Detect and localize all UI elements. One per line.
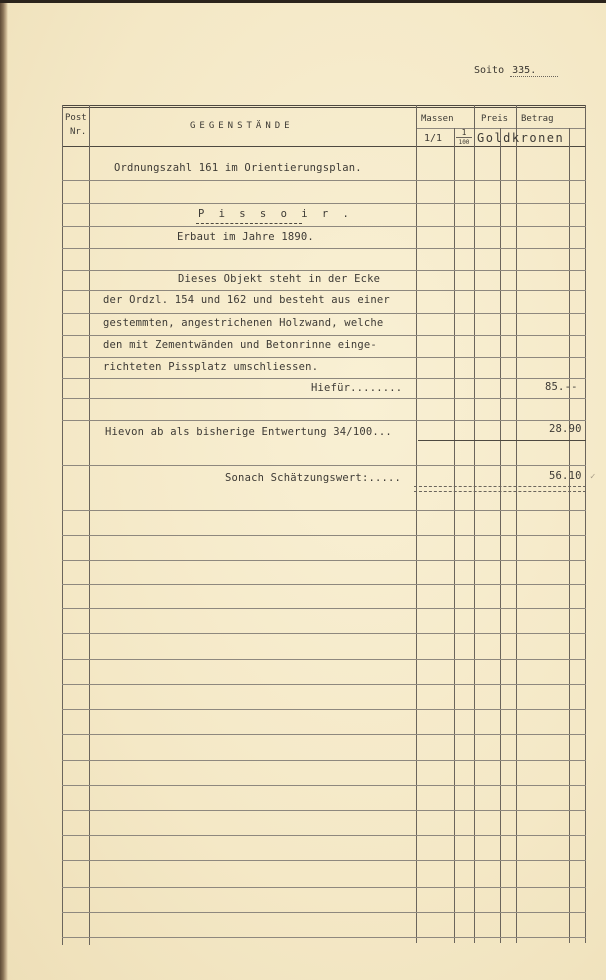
row-line — [62, 226, 586, 227]
row-line — [62, 203, 586, 204]
row-line — [62, 835, 586, 836]
row-line — [62, 270, 586, 271]
built-year-line: Erbaut im Jahre 1890. — [177, 231, 314, 243]
row-line — [62, 659, 586, 660]
page-top-edge — [0, 0, 606, 3]
row-line — [62, 785, 586, 786]
row-line — [62, 608, 586, 609]
col-line-price — [516, 105, 517, 943]
table-top-border — [62, 105, 586, 106]
amount-hievon: 28.90 — [549, 423, 582, 435]
header-masses-fraction: 1 100 — [456, 129, 472, 146]
col-line-items — [416, 105, 417, 943]
row-line — [62, 335, 586, 336]
amount-hiefur: 85.-- — [545, 381, 578, 393]
row-line — [62, 180, 586, 181]
row-line — [62, 248, 586, 249]
col-line-left — [62, 105, 63, 945]
col-line-post — [89, 105, 90, 945]
description-line-4: den mit Zementwänden und Betonrinne eing… — [103, 339, 377, 351]
row-line — [62, 709, 586, 710]
description-line-3: gestemmten, angestrichenen Holzwand, wel… — [103, 317, 383, 329]
row-line — [62, 378, 586, 379]
row-line — [62, 535, 586, 536]
col-line-mass-frac — [474, 105, 475, 943]
header-masses: Massen — [421, 114, 454, 124]
description-line-1: Dieses Objekt steht in der Ecke — [178, 273, 380, 285]
page-label: Soito — [474, 65, 504, 76]
sonach-label: Sonach Schätzungswert:..... — [225, 472, 401, 484]
header-masses-whole: 1/1 — [424, 133, 442, 144]
row-line — [62, 633, 586, 634]
header-items: GEGENSTÄNDE — [190, 121, 294, 131]
row-line — [62, 290, 586, 291]
description-line-2: der Ordzl. 154 und 162 und besteht aus e… — [103, 294, 390, 306]
check-mark-icon: ✓ — [590, 472, 595, 482]
book-binding — [0, 0, 8, 980]
header-bottom-border — [62, 146, 586, 147]
header-currency: Goldkronen — [477, 131, 564, 145]
row-line — [62, 860, 586, 861]
row-line — [62, 510, 586, 511]
ledger-page: Soito 335. Post Nr. GEGENSTÄN — [0, 0, 606, 980]
page-number: Soito 335. — [474, 65, 558, 76]
row-line — [62, 734, 586, 735]
col-line-right — [585, 105, 586, 943]
hiefur-label: Hiefür........ — [311, 382, 402, 394]
row-line — [62, 357, 586, 358]
subtraction-rule — [418, 440, 586, 441]
subheader-divider — [416, 128, 586, 129]
row-line — [62, 684, 586, 685]
header-post: Post — [65, 113, 87, 123]
amount-total: 56.10 — [549, 470, 582, 482]
table-top-border-2 — [62, 107, 586, 108]
row-line — [62, 887, 586, 888]
total-double-underline — [414, 486, 586, 492]
ordnungszahl-line: Ordnungszahl 161 im Orientierungsplan. — [114, 162, 362, 174]
row-line — [62, 937, 586, 938]
fraction-numerator: 1 — [456, 129, 472, 136]
row-line — [62, 465, 586, 466]
object-title: P i s s o i r . — [198, 208, 353, 220]
fraction-denominator: 100 — [456, 137, 472, 146]
description-line-5: richteten Pissplatz umschliessen. — [103, 361, 318, 373]
row-line — [62, 810, 586, 811]
title-underline — [196, 223, 302, 224]
row-line — [62, 560, 586, 561]
row-line — [62, 912, 586, 913]
row-line — [62, 584, 586, 585]
row-line — [62, 398, 586, 399]
row-line — [62, 760, 586, 761]
header-amount: Betrag — [521, 114, 554, 124]
page-number-value: 335. — [510, 65, 558, 77]
hievon-label: Hievon ab als bisherige Entwertung 34/10… — [105, 426, 392, 438]
row-line — [62, 313, 586, 314]
row-line — [62, 420, 586, 421]
header-nr: Nr. — [70, 127, 86, 137]
header-price: Preis — [481, 114, 508, 124]
